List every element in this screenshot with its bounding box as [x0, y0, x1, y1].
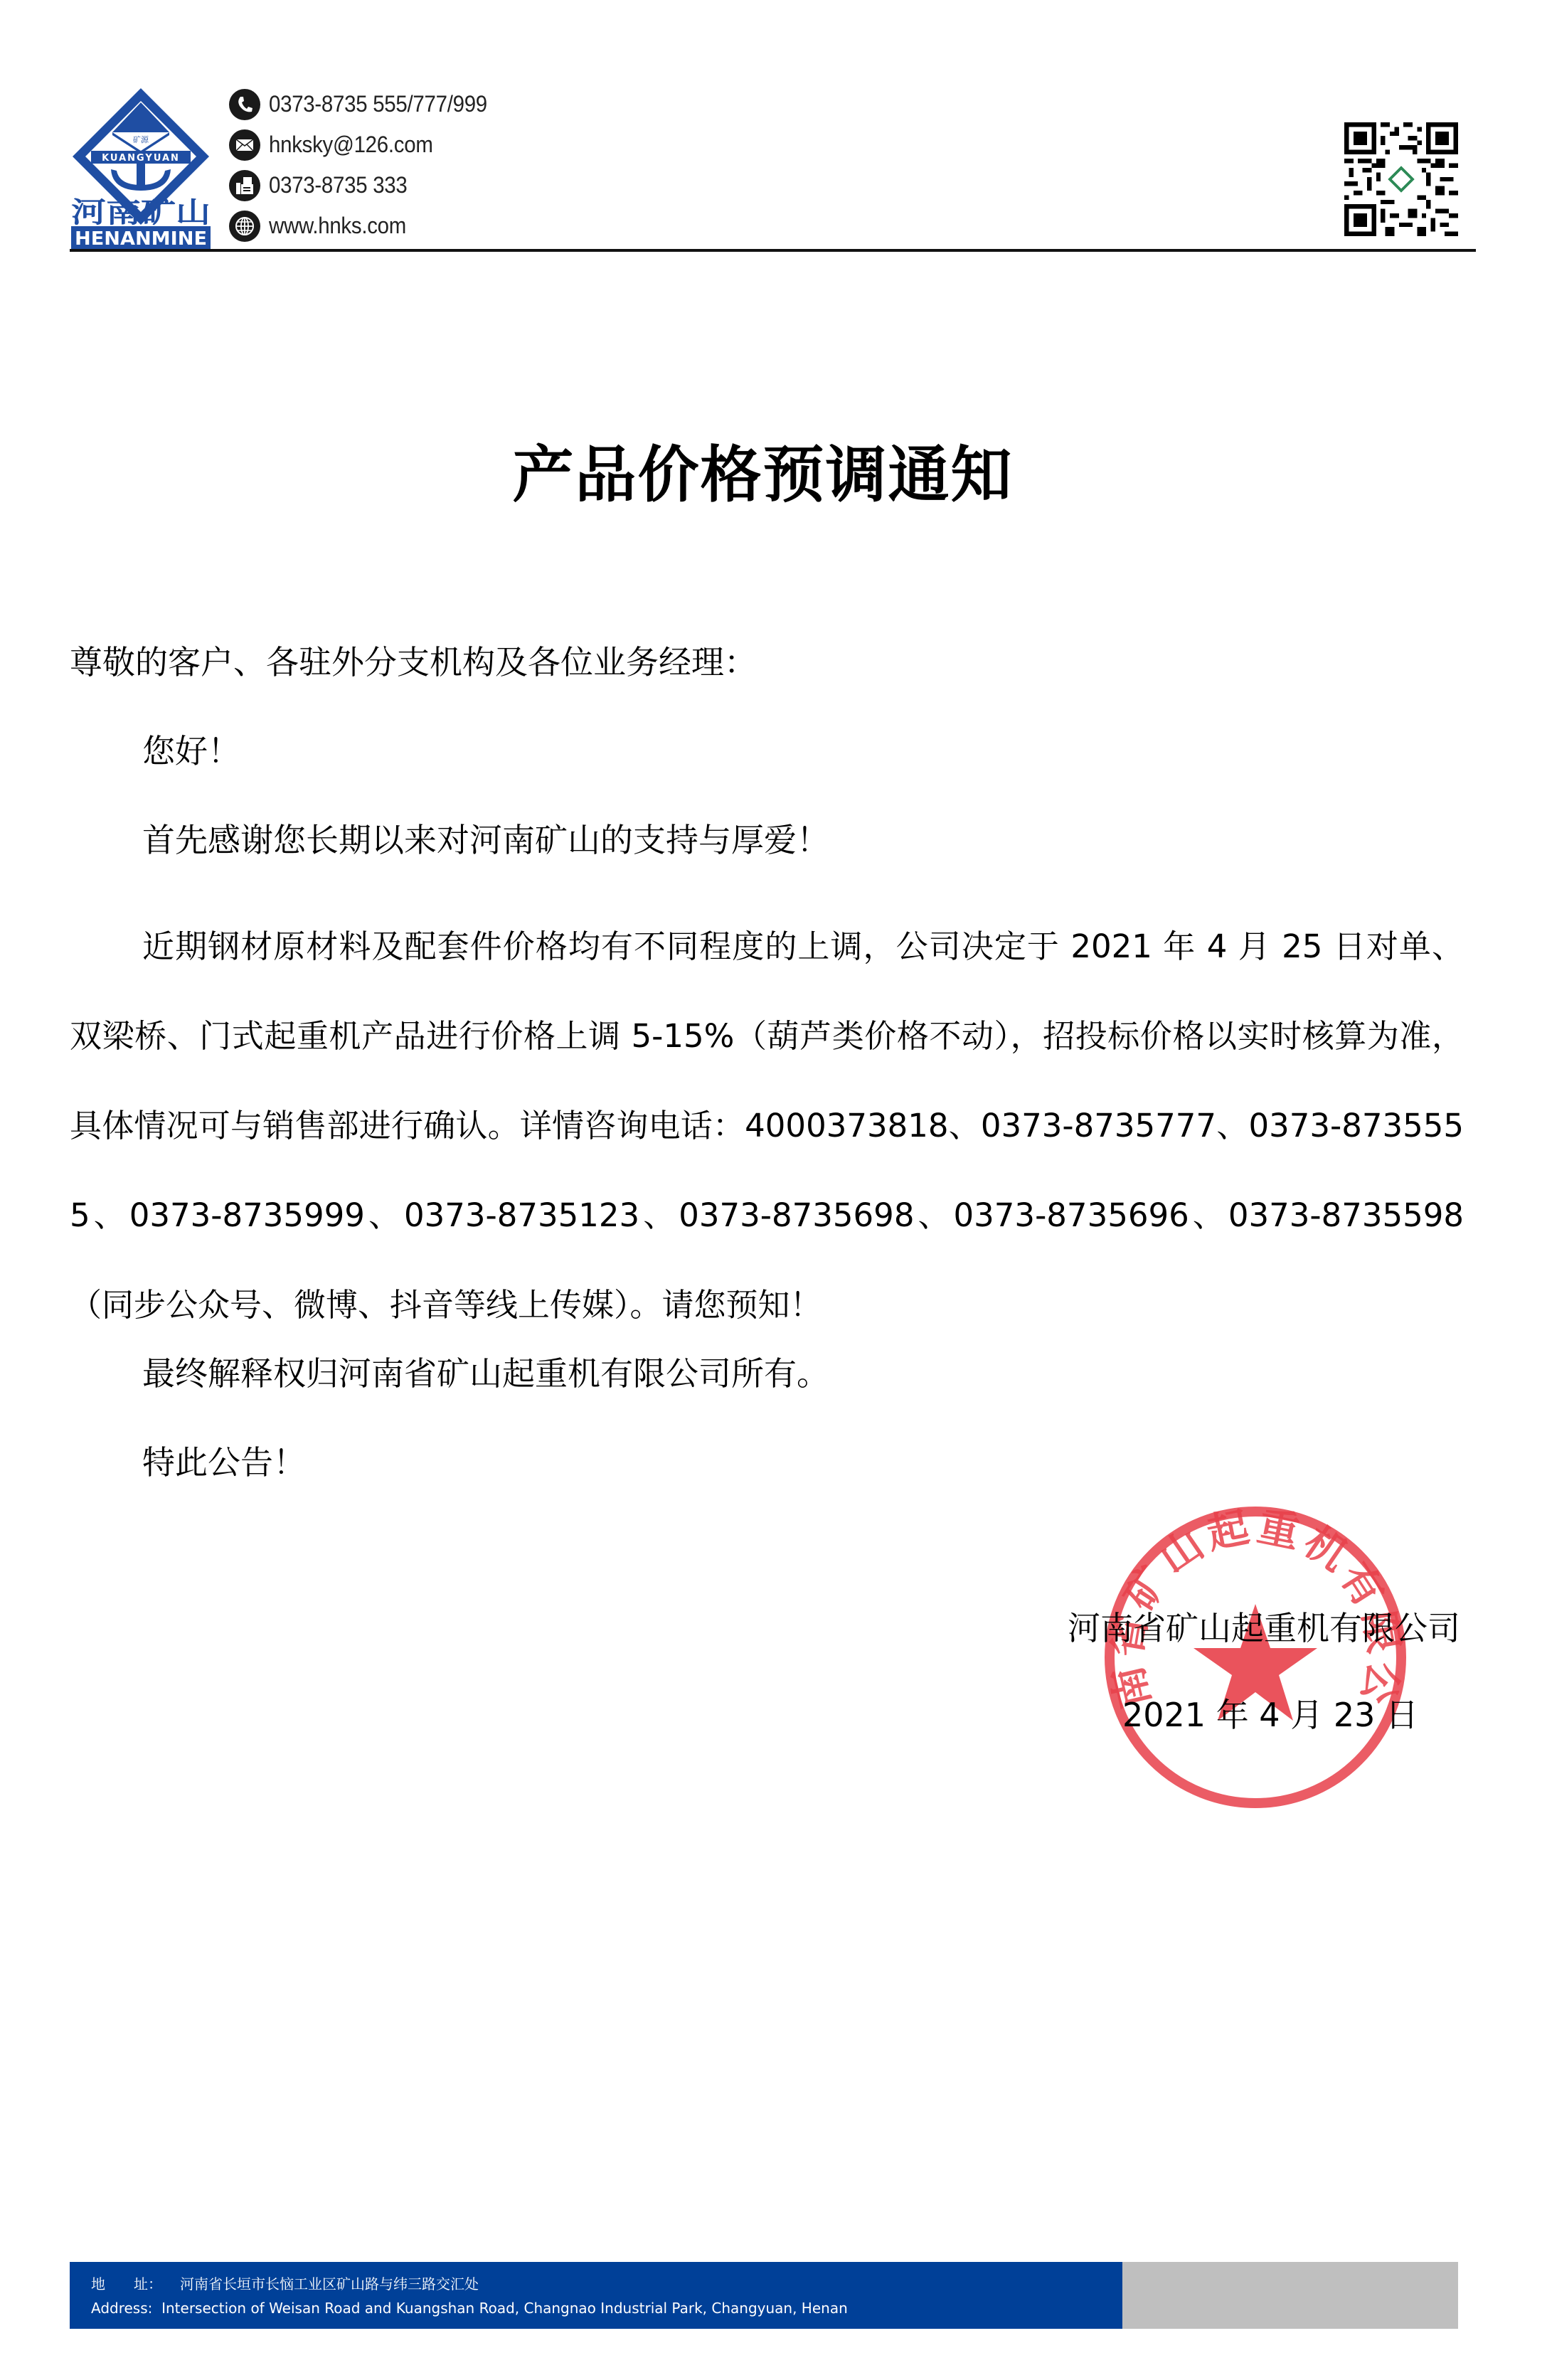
signature-company: 河南省矿山起重机有限公司 — [1068, 1603, 1460, 1649]
footer-address-bar: 地 址：河南省长垣市长恼工业区矿山路与纬三路交汇处 Address: Inter… — [70, 2262, 1122, 2329]
address-cn: 地 址：河南省长垣市长恼工业区矿山路与纬三路交汇处 — [91, 2272, 1122, 2296]
thanks-line: 首先感谢您长期以来对河南矿山的支持与厚爱！ — [142, 814, 829, 861]
phone-icon — [229, 89, 260, 120]
header-divider — [70, 249, 1476, 252]
footer-accent-block — [1122, 2262, 1458, 2329]
document-title: 产品价格预调通知 — [0, 425, 1547, 514]
contact-fax: 0373-8735 333 — [229, 165, 506, 206]
qr-code — [1344, 122, 1458, 236]
main-paragraph: 近期钢材原材料及配套件价格均有不同程度的上调，公司决定于 2021 年 4 月 … — [70, 902, 1464, 1350]
svg-text:矿源: 矿源 — [133, 134, 149, 144]
address-cn-label: 地 址： — [91, 2272, 180, 2296]
signature-date: 2021 年 4 月 23 日 — [1122, 1689, 1418, 1736]
email-link[interactable]: hnksky@126.com — [269, 132, 433, 158]
address-en-value: Intersection of Weisan Road and Kuangsha… — [161, 2300, 848, 2317]
phone-number: 0373-8735 555/777/999 — [269, 91, 487, 117]
address-en: Address: Intersection of Weisan Road and… — [91, 2296, 1122, 2320]
company-seal: 河南省矿山起重机有限公司 — [1095, 1497, 1415, 1817]
greeting: 您好！ — [142, 726, 240, 772]
svg-text:KUANGYUAN: KUANGYUAN — [102, 153, 180, 164]
closing-line: 特此公告！ — [142, 1437, 306, 1484]
svg-text:HENANMINE: HENANMINE — [75, 228, 207, 250]
envelope-icon — [229, 129, 260, 161]
globe-icon — [229, 211, 260, 242]
svg-text:河南矿山: 河南矿山 — [71, 196, 211, 229]
company-logo: KUANGYUAN 矿源 河南矿山 HENANMINE — [70, 85, 212, 250]
contact-website: www.hnks.com — [229, 206, 506, 246]
contact-email: hnksky@126.com — [229, 124, 506, 165]
fax-number: 0373-8735 333 — [269, 172, 408, 198]
salutation: 尊敬的客户、各驻外分支机构及各位业务经理： — [70, 637, 757, 684]
contact-phone: 0373-8735 555/777/999 — [229, 84, 506, 124]
website-link[interactable]: www.hnks.com — [269, 213, 406, 239]
interpretation-line: 最终解释权归河南省矿山起重机有限公司所有。 — [142, 1348, 829, 1395]
address-cn-value: 河南省长垣市长恼工业区矿山路与纬三路交汇处 — [180, 2275, 479, 2293]
address-en-label: Address: — [91, 2300, 152, 2317]
fax-icon — [229, 170, 260, 201]
contact-list: 0373-8735 555/777/999 hnksky@126.com 037… — [229, 84, 506, 246]
